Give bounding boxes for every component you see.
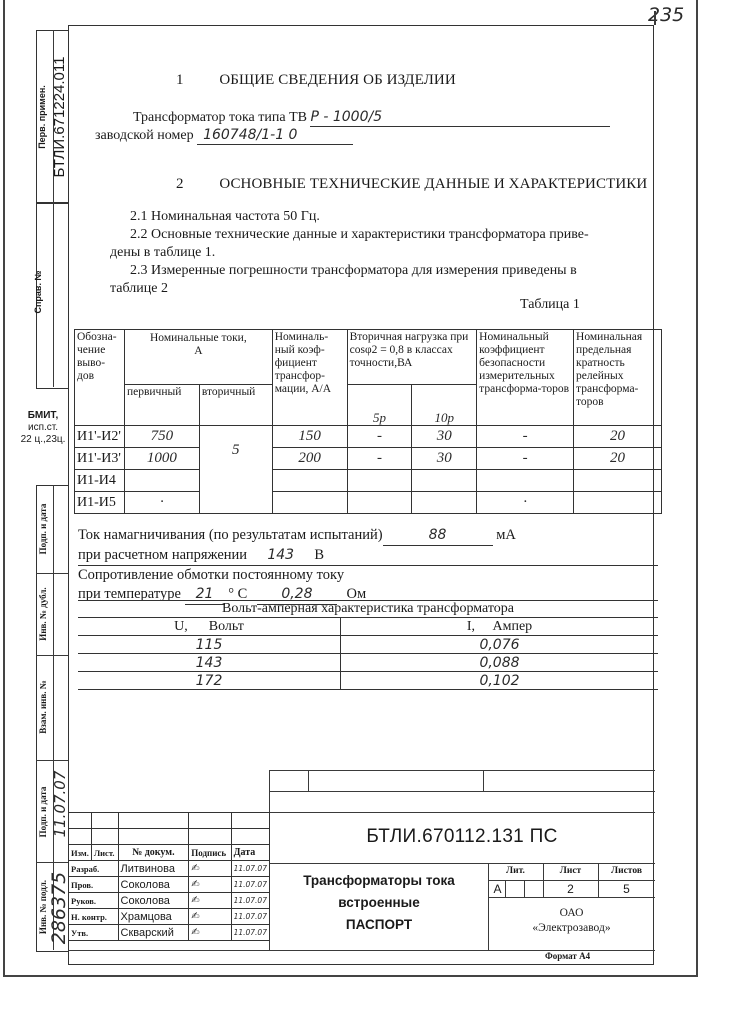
person-name: Соколова [118, 893, 189, 909]
safety-factor: - [477, 448, 574, 470]
signature: ✍ [189, 925, 231, 941]
va-i: 0,076 [341, 636, 659, 654]
para-2-2a: 2.2 Основные технические данные и характ… [110, 226, 650, 244]
person-name: Храмцова [118, 909, 189, 925]
header-load-5p: 5р [347, 385, 412, 426]
header-limit: Номинальная предельная кратность релейны… [574, 330, 662, 426]
organization: ОАО «Электрозавод» [488, 906, 655, 936]
va-i: 0,102 [341, 672, 659, 690]
section-1-number: 1 [176, 72, 184, 88]
primary-current: 1000 [124, 448, 199, 470]
note-line-2: исп.ст. [18, 422, 68, 434]
table-row: И1'-И3' 1000 200 - 30 - 20 [75, 448, 662, 470]
primary-current: 750 [124, 426, 199, 448]
signature: ✍ [189, 861, 231, 877]
voltage-label: при расчетном напряжении [78, 547, 247, 563]
primary-current: · [124, 492, 199, 514]
load-10p: 30 [412, 448, 477, 470]
table-row: И1'-И2' 750 5 150 - 30 - 20 [75, 426, 662, 448]
table-1: Обозна-чение выво-дов Номинальные токи, … [74, 329, 662, 514]
limit-factor: 20 [574, 426, 662, 448]
serial-label: заводской номер [95, 128, 194, 143]
transformer-type-line: Трансформатор тока типа ТВ Р - 1000/5 [133, 108, 610, 127]
role: Разраб. [69, 861, 119, 877]
person-name: Литвинова [118, 861, 189, 877]
limit-factor [574, 492, 662, 514]
sign-date: 11.07.07 [231, 893, 269, 909]
signature-row: Утв. Скварский ✍ 11.07.07 [69, 925, 270, 941]
va-u: 172 [78, 672, 341, 690]
va-col-i: I, Ампер [341, 618, 659, 636]
magnet-unit: мА [496, 527, 516, 543]
table-row: И1-И5 · · [75, 492, 662, 514]
sprav-label: Справ. № [33, 247, 47, 337]
sign-date: 11.07.07 [231, 909, 269, 925]
limit-factor [574, 470, 662, 492]
signature-row: Н. контр. Храмцова ✍ 11.07.07 [69, 909, 270, 925]
format-label: Формат А4 [545, 951, 590, 961]
para-2-3a: 2.3 Измеренные погрешности трансформатор… [110, 262, 650, 280]
resistance-label: Сопротивление обмотки постоянному току [78, 566, 658, 585]
serial-number-line: заводской номер 160748/1-1 0 [95, 126, 353, 145]
section-2-number: 2 [176, 176, 184, 192]
note-line-3: 22 ц.,23ц. [18, 434, 68, 446]
va-table: U, Вольт I, Ампер 115 0,076 143 0,088 17… [78, 618, 658, 690]
table-row: 143 0,088 [78, 654, 658, 672]
section-2-heading: 2 ОСНОВНЫЕ ТЕХНИЧЕСКИЕ ДАННЫЕ И ХАРАКТЕР… [176, 176, 647, 193]
sheet-value: 2 [543, 882, 598, 896]
safety-factor [477, 470, 574, 492]
corner-line [654, 11, 656, 25]
table-row: 115 0,076 [78, 636, 658, 654]
col-list: Лист. [91, 845, 118, 861]
load-5p: - [347, 426, 412, 448]
signature-row: Пров. Соколова ✍ 11.07.07 [69, 877, 270, 893]
note-stamp: БМИТ, исп.ст. 22 ц.,23ц. [18, 410, 68, 446]
role: Утв. [69, 925, 119, 941]
signature-header: Изм. Лист. № докум. Подпись Дата [69, 845, 270, 861]
signature: ✍ [189, 877, 231, 893]
va-title: Вольт-амперная характеристика трансформа… [78, 600, 658, 618]
section-2-title: ОСНОВНЫЕ ТЕХНИЧЕСКИЕ ДАННЫЕ И ХАРАКТЕРИС… [219, 176, 647, 192]
table-1-caption: Таблица 1 [520, 296, 580, 314]
signature: ✍ [189, 909, 231, 925]
load-5p: - [347, 448, 412, 470]
podp-data-label-2: Подп. и дата [38, 767, 52, 857]
signature-table: Изм. Лист. № докум. Подпись Дата Разраб.… [68, 812, 270, 941]
section-2-body: 2.1 Номинальная частота 50 Гц. 2.2 Основ… [110, 208, 650, 298]
signature: ✍ [189, 893, 231, 909]
col-date: Дата [231, 845, 269, 861]
terminals: И1'-И3' [75, 448, 125, 470]
magnetizing-current-line: Ток намагничивания (по результатам испыт… [78, 526, 658, 546]
person-name: Соколова [118, 877, 189, 893]
terminals: И1-И4 [75, 470, 125, 492]
role: Пров. [69, 877, 119, 893]
va-u: 143 [78, 654, 341, 672]
load-10p [412, 492, 477, 514]
podp-data-label-1: Подп. и дата [38, 484, 52, 574]
sign-date: 11.07.07 [231, 861, 269, 877]
voltage-unit: В [314, 547, 324, 563]
limit-factor: 20 [574, 448, 662, 470]
lit-label: Лит. [488, 866, 543, 876]
terminals: И1-И5 [75, 492, 125, 514]
safety-factor: · [477, 492, 574, 514]
voltage-line: при расчетном напряжении 143 В [78, 546, 658, 566]
perv-primen-value: БТЛИ.671224.011 [51, 47, 69, 187]
para-2-2b: дены в таблице 1. [110, 244, 650, 262]
col-izm: Изм. [69, 845, 92, 861]
perv-primen-label: Перв. примен. [37, 72, 51, 162]
va-i: 0,088 [341, 654, 659, 672]
person-name: Скварский [118, 925, 189, 941]
inv-dubl-label: Инв. № дубл. [38, 569, 52, 659]
signature-row: Руков. Соколова ✍ 11.07.07 [69, 893, 270, 909]
header-nominal-currents: Номинальные токи, А [124, 330, 272, 385]
load-5p [347, 492, 412, 514]
role: Н. контр. [69, 909, 119, 925]
secondary-current: 5 [199, 426, 272, 514]
lit-value: А [490, 882, 505, 896]
ratio [272, 492, 347, 514]
va-col-u: U, Вольт [78, 618, 341, 636]
sign-date: 11.07.07 [231, 925, 269, 941]
note-line-1: БМИТ, [18, 410, 68, 422]
sheets-label: Листов [598, 866, 655, 876]
product-line-2: встроенные [270, 892, 488, 914]
product-line-3: ПАСПОРТ [270, 914, 488, 936]
primary-current [124, 470, 199, 492]
header-designation: Обозна-чение выво-дов [75, 330, 125, 426]
load-10p [412, 470, 477, 492]
ratio: 200 [272, 448, 347, 470]
signature-row: Разраб. Литвинова ✍ 11.07.07 [69, 861, 270, 877]
measurements: Ток намагничивания (по результатам испыт… [78, 526, 658, 605]
col-doc: № докум. [118, 845, 189, 861]
section-1-heading: 1 ОБЩИЕ СВЕДЕНИЯ ОБ ИЗДЕЛИИ [176, 72, 456, 89]
type-label: Трансформатор тока типа ТВ [133, 110, 307, 125]
header-safety: Номинальный коэффициент безопасности изм… [477, 330, 574, 426]
col-sign: Подпись [189, 845, 231, 861]
ratio: 150 [272, 426, 347, 448]
header-load: Вторичная нагрузка при cosφ2 = 0,8 в кла… [347, 330, 477, 385]
product-name: Трансформаторы тока встроенные ПАСПОРТ [270, 870, 488, 936]
va-header-row: U, Вольт I, Ампер [78, 618, 658, 636]
vzam-inv-label: Взам. инв. № [38, 662, 52, 752]
va-u: 115 [78, 636, 341, 654]
ratio [272, 470, 347, 492]
type-value: Р - 1000/5 [310, 108, 610, 127]
header-primary: первичный [124, 385, 199, 426]
load-5p [347, 470, 412, 492]
role: Руков. [69, 893, 119, 909]
org-line-1: ОАО [488, 906, 655, 921]
table-row: И1-И4 [75, 470, 662, 492]
sheets-value: 5 [598, 882, 655, 896]
serial-value: 160748/1-1 0 [197, 126, 353, 145]
magnet-label: Ток намагничивания (по результатам испыт… [78, 527, 383, 543]
sign-date: 11.07.07 [231, 877, 269, 893]
org-line-2: «Электрозавод» [488, 921, 655, 936]
product-line-1: Трансформаторы тока [270, 870, 488, 892]
header-ratio: Номиналь-ный коэф-фициент трансфор-мации… [272, 330, 347, 426]
podp-data-value-2: 11.07.07 [51, 754, 69, 854]
table-row: 172 0,102 [78, 672, 658, 690]
safety-factor: - [477, 426, 574, 448]
para-2-1: 2.1 Номинальная частота 50 Гц. [110, 208, 650, 226]
load-10p: 30 [412, 426, 477, 448]
doc-code: БТЛИ.670112.131 ПС [269, 826, 655, 848]
header-secondary: вторичный [199, 385, 272, 426]
inv-podl-value: 286375 [48, 863, 70, 953]
header-load-10p: 10р [412, 385, 477, 426]
voltage-value: 143 [251, 546, 311, 565]
sheet-label: Лист [543, 866, 598, 876]
magnet-value: 88 [383, 526, 493, 546]
terminals: И1'-И2' [75, 426, 125, 448]
section-1-title: ОБЩИЕ СВЕДЕНИЯ ОБ ИЗДЕЛИИ [219, 72, 455, 88]
